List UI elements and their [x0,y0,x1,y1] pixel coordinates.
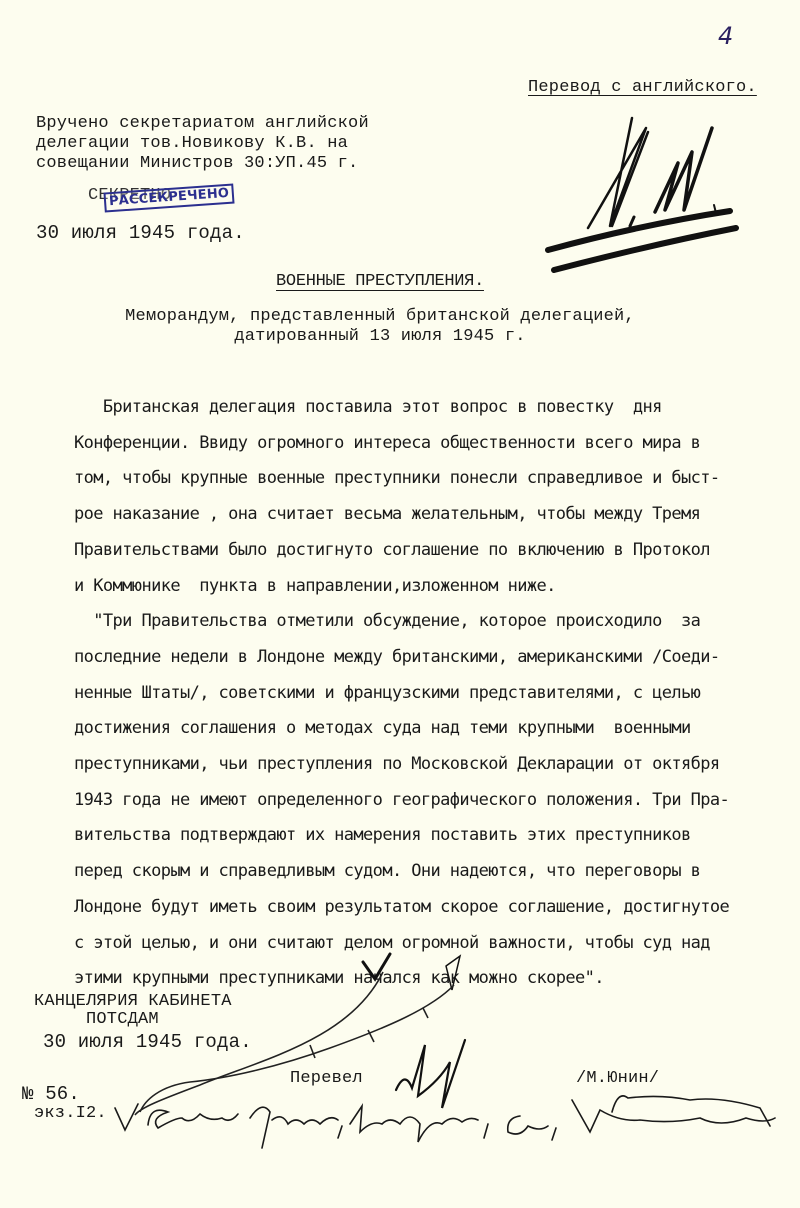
handed-over-note: Вручено секретариатом английской делегац… [36,114,369,174]
body-line: ненные Штаты/, советскими и французскими… [74,676,774,712]
office-line: КАНЦЕЛЯРИЯ КАБИНЕТА [34,992,232,1011]
body-line: 1943 года не имеют определенного географ… [74,783,774,819]
copy-number: экз.I2. [34,1104,107,1123]
office-line: ПОТСДАМ [34,1010,159,1029]
handed-over-line: делегации тов.Новикову К.В. на [36,134,348,153]
document-body: Британская делегация поставила этот вопр… [74,390,774,997]
body-line: преступниками, чьи преступления по Моско… [74,747,774,783]
body-line: Конференции. Ввиду огромного интереса об… [74,426,774,462]
document-number: № 56. [22,1084,80,1104]
body-line: вительства подтверждают их намерения пос… [74,818,774,854]
header-date: 30 июля 1945 года. [36,222,245,244]
body-line: Правительствами было достигнуто соглашен… [74,533,774,569]
body-line: последние недели в Лондоне между британс… [74,640,774,676]
body-line: и Коммюнике пункта в направлении,изложен… [74,569,774,605]
body-line: "Три Правительства отметили обсуждение, … [74,604,774,640]
body-line: достижения соглашения о методах суда над… [74,711,774,747]
translation-note: Перевод с английского. [528,78,757,97]
page-number: 4 [718,22,733,50]
translator-signature [396,1040,465,1108]
handed-over-line: Вручено секретариатом английской [36,114,369,133]
translator-name: /М.Юнин/ [576,1069,659,1088]
body-line: том, чтобы крупные военные преступники п… [74,461,774,497]
top-right-signature [548,118,736,270]
body-line: Британская делегация поставила этот вопр… [74,390,774,426]
handed-over-line: совещании Министров 30:УП.45 г. [36,154,358,173]
body-line: перед скорым и справедливым судом. Они н… [74,854,774,890]
subtitle-line: Меморандум, представленный британской де… [0,307,760,327]
translated-by-label: Перевел [290,1069,363,1088]
footer-date: 30 июля 1945 года. [43,1031,252,1053]
body-line: с этой целью, и они считают делом огромн… [74,926,774,962]
document-subtitle: Меморандум, представленный британской де… [0,307,760,347]
office-block: КАНЦЕЛЯРИЯ КАБИНЕТА ПОТСДАМ [34,993,232,1029]
handwritten-annotation [115,1096,775,1148]
document-title: ВОЕННЫЕ ПРЕСТУПЛЕНИЯ. [0,272,760,291]
body-line: Лондоне будут иметь своим результатом ск… [74,890,774,926]
body-line: рое наказание , она считает весьма желат… [74,497,774,533]
subtitle-line: датированный 13 июля 1945 г. [0,327,760,347]
